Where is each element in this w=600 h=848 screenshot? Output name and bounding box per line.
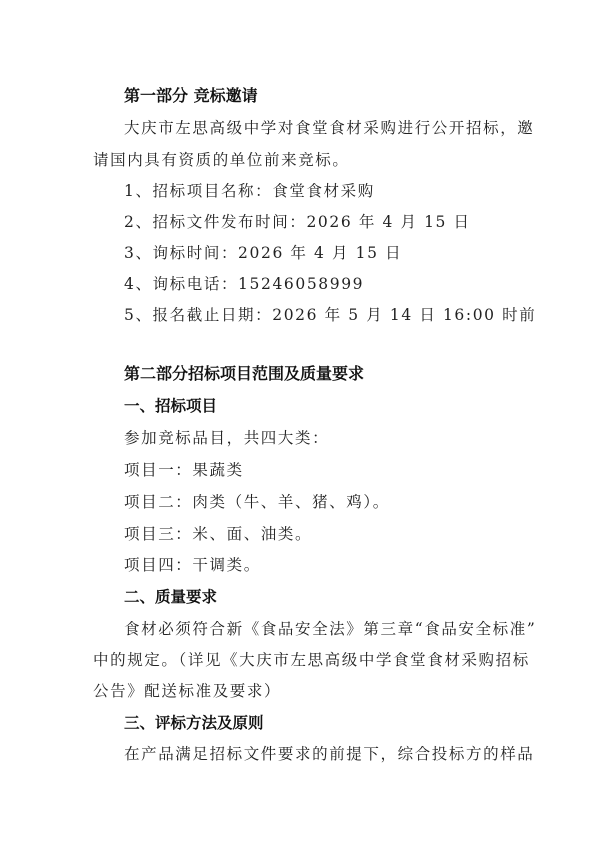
section2-line2: 中的规定。（详见《大庆市左思高级中学食堂食材采购招标	[93, 650, 530, 670]
project-3: 项目三：米、面、油类。	[124, 524, 312, 544]
part1-item-4: 4、询标电话：15246058999	[124, 274, 364, 294]
part1-item-2: 2、招标文件发布时间：2026 年 4 月 15 日	[124, 212, 471, 232]
part1-item-5: 5、报名截止日期：2026 年 5 月 14 日 16:00 时前	[124, 305, 536, 325]
project-1: 项目一：果蔬类	[124, 460, 244, 480]
section3-line1: 在产品满足招标文件要求的前提下，综合投标方的样品	[124, 744, 534, 764]
section2-heading: 二、质量要求	[124, 587, 217, 607]
project-2: 项目二：肉类（牛、羊、猪、鸡）。	[124, 492, 390, 512]
project-4: 项目四：干调类。	[124, 555, 261, 575]
part1-item-3: 3、询标时间：2026 年 4 月 15 日	[124, 243, 402, 263]
section3-heading: 三、评标方法及原则	[124, 713, 264, 733]
section1-intro: 参加竞标品目，共四大类：	[124, 428, 329, 448]
part1-intro-line2: 请国内具有资质的单位前来竞标。	[93, 150, 350, 170]
part1-item-1: 1、招标项目名称：食堂食材采购	[124, 181, 375, 201]
part1-title: 第一部分 竞标邀请	[124, 86, 258, 106]
part1-intro-line1: 大庆市左思高级中学对食堂食材采购进行公开招标，邀	[124, 118, 534, 138]
section2-line1: 食材必须符合新《食品安全法》第三章“食品安全标准”	[124, 619, 536, 639]
part2-title: 第二部分招标项目范围及质量要求	[124, 364, 364, 384]
section1-heading: 一、招标项目	[124, 396, 217, 416]
section2-line3: 公告》配送标准及要求）	[93, 681, 281, 701]
